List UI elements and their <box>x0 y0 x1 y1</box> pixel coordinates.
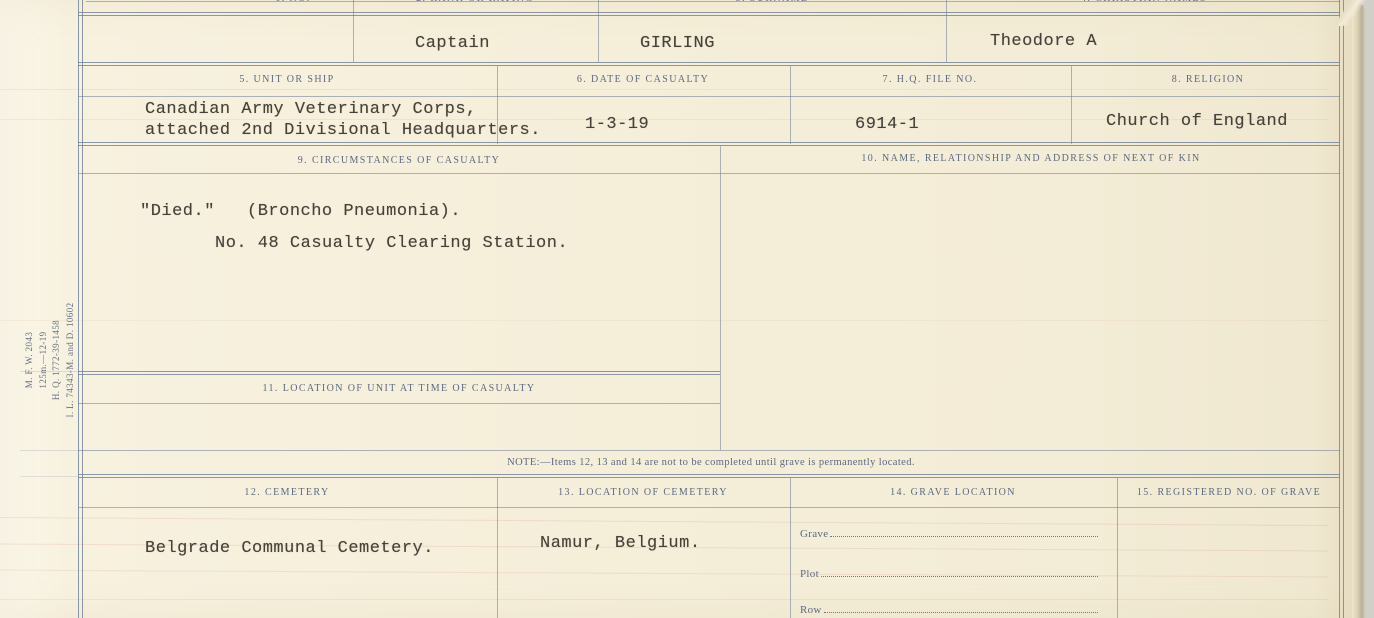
rule-v <box>497 478 498 618</box>
rule-v <box>598 0 599 62</box>
scanned-casualty-card: { "page": { "background": "#d2cfc8", "pa… <box>0 0 1374 618</box>
field-label-rank: 2. RANK OR RATING <box>416 0 534 4</box>
field-value-rank: Captain <box>415 33 490 54</box>
circumstances-line-1: "Died." (Broncho Pneumonia). <box>140 201 461 222</box>
dotted-leader <box>824 612 1098 613</box>
rule-h <box>78 62 1340 66</box>
field-label-date-of-casualty: 6. DATE OF CASUALTY <box>577 74 709 85</box>
field-label-christian-names: 4. CHRISTIAN NAMES <box>1081 0 1207 4</box>
rule-v <box>946 0 947 62</box>
field-label-surname: 3. SURNAME <box>736 0 809 4</box>
field-value-religion: Church of England <box>1106 111 1288 132</box>
rule-v <box>353 0 354 62</box>
circumstances-line-2: No. 48 Casualty Clearing Station. <box>215 233 568 254</box>
section-label-next-of-kin: 10. NAME, RELATIONSHIP AND ADDRESS OF NE… <box>861 153 1200 164</box>
grave-field-label: Grave <box>800 528 828 540</box>
rule-v-left-border <box>78 0 83 618</box>
row-field-label: Row <box>800 604 822 616</box>
plot-field-label: Plot <box>800 568 819 580</box>
rule-v-right-border <box>1339 0 1344 618</box>
field-label-grave-location: 14. GRAVE LOCATION <box>890 487 1016 498</box>
plot-field-row: Plot <box>800 568 1100 580</box>
dotted-leader <box>821 576 1098 577</box>
field-label-no: 1. NO. <box>275 0 310 4</box>
stamp-line: M. F. W. 2043 <box>23 275 37 445</box>
field-value-cemetery-location: Namur, Belgium. <box>540 533 701 554</box>
rule-v <box>1117 478 1118 618</box>
field-label-registered-no: 15. REGISTERED NO. OF GRAVE <box>1137 487 1321 498</box>
row-field-row: Row <box>800 604 1100 616</box>
grave-field-row: Grave <box>800 528 1100 540</box>
field-value-unit: Canadian Army Veterinary Corps, attached… <box>145 99 541 141</box>
rule-h <box>78 403 720 404</box>
field-value-cemetery: Belgrade Communal Cemetery. <box>145 538 434 559</box>
field-value-christian-names: Theodore A <box>990 31 1097 52</box>
field-value-date-of-casualty: 1-3-19 <box>585 114 649 135</box>
rule-v <box>790 478 791 618</box>
field-label-hq-file-no: 7. H.Q. FILE NO. <box>883 74 978 85</box>
section-label-unit-location: 11. LOCATION OF UNIT AT TIME OF CASUALTY <box>262 383 535 394</box>
rule-h <box>78 371 720 375</box>
stamp-line: 125m.—12-19 <box>37 275 51 445</box>
rule-h <box>20 476 78 477</box>
form-printing-stamp: M. F. W. 2043 125m.—12-19 H. Q. 1772-39-… <box>23 275 81 445</box>
dotted-leader <box>830 536 1098 537</box>
note-text: NOTE:—Items 12, 13 and 14 are not to be … <box>78 457 1344 468</box>
rule-h <box>78 474 1340 478</box>
rule-h <box>78 96 1340 97</box>
rule-h <box>78 142 1340 146</box>
field-label-unit: 5. UNIT OR SHIP <box>239 74 334 85</box>
field-label-religion: 8. RELIGION <box>1172 74 1245 85</box>
field-label-cemetery-location: 13. LOCATION OF CEMETERY <box>558 487 728 498</box>
rule-h <box>20 371 78 372</box>
section-label-circumstances: 9. CIRCUMSTANCES OF CASUALTY <box>298 155 501 166</box>
stamp-line: H. Q. 1772-39-1458 <box>50 275 64 445</box>
paper-card: M. F. W. 2043 125m.—12-19 H. Q. 1772-39-… <box>0 0 1354 618</box>
rule-v <box>720 146 721 450</box>
rule-h <box>78 173 1340 174</box>
rule-h <box>78 12 1340 16</box>
rule-v <box>1071 66 1072 144</box>
rule-v <box>790 66 791 144</box>
field-value-surname: GIRLING <box>640 33 715 54</box>
rule-h <box>78 450 1340 451</box>
stamp-line: I. L. 74343-M. and D. 10602 <box>64 275 78 445</box>
rule-h <box>20 450 78 451</box>
page-corner-bevel <box>1322 0 1368 26</box>
rule-h <box>78 507 1340 508</box>
page-curl-edge <box>1352 4 1365 618</box>
field-label-cemetery: 12. CEMETERY <box>244 487 329 498</box>
casualty-form-grid: 1. NO. 2. RANK OR RATING 3. SURNAME 4. C… <box>78 0 1344 618</box>
field-value-hq-file-no: 6914-1 <box>855 114 919 135</box>
